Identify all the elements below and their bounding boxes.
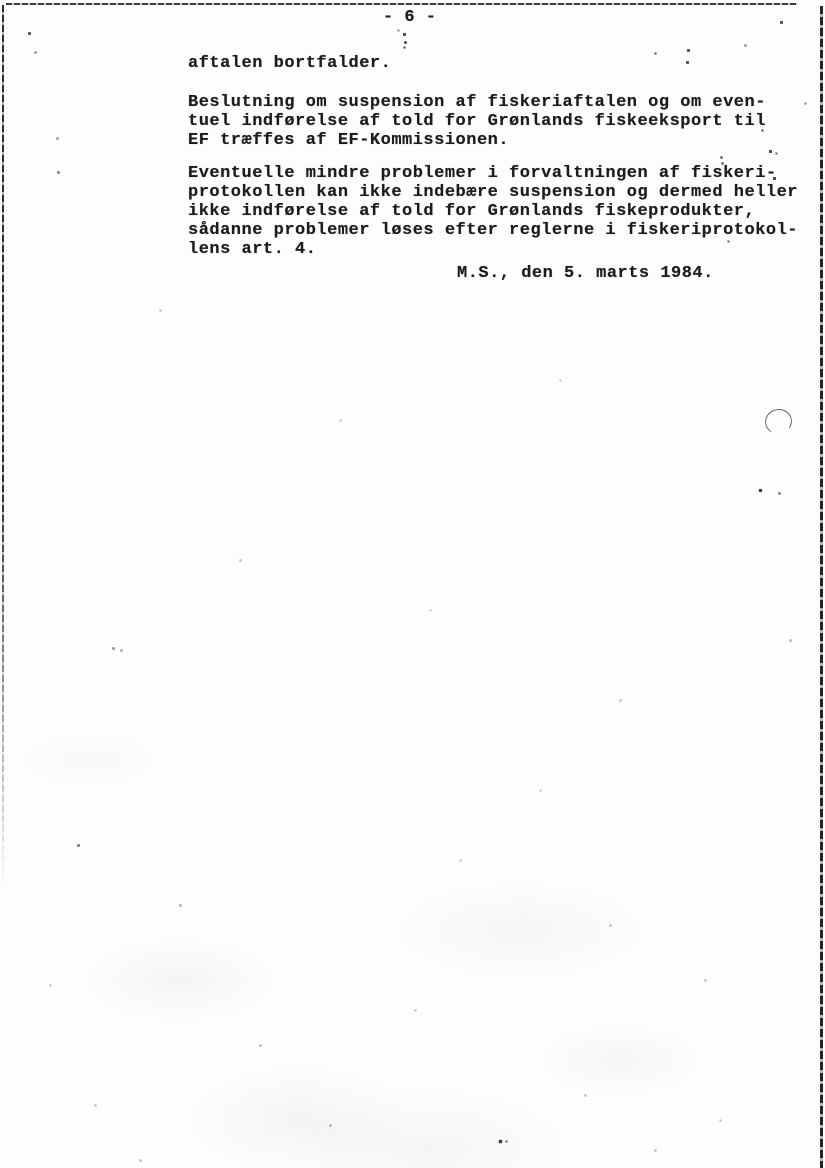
body-paragraph-1: aftalen bortfalder. bbox=[188, 54, 391, 73]
scan-edge-top bbox=[6, 3, 798, 5]
scan-edge-right bbox=[820, 6, 823, 1168]
scan-edge-left bbox=[2, 5, 4, 890]
body-paragraph-3: Eventuelle mindre problemer i forvaltnin… bbox=[188, 164, 798, 259]
punch-hole-mark bbox=[763, 406, 795, 436]
page-number: - 6 - bbox=[383, 8, 437, 27]
scanned-document-page: - 6 - aftalen bortfalder. Beslutning om … bbox=[0, 0, 825, 1168]
body-paragraph-2: Beslutning om suspension af fiskeriaftal… bbox=[188, 93, 766, 150]
signature-date-line: M.S., den 5. marts 1984. bbox=[457, 264, 714, 283]
scan-noise bbox=[0, 0, 1, 1]
